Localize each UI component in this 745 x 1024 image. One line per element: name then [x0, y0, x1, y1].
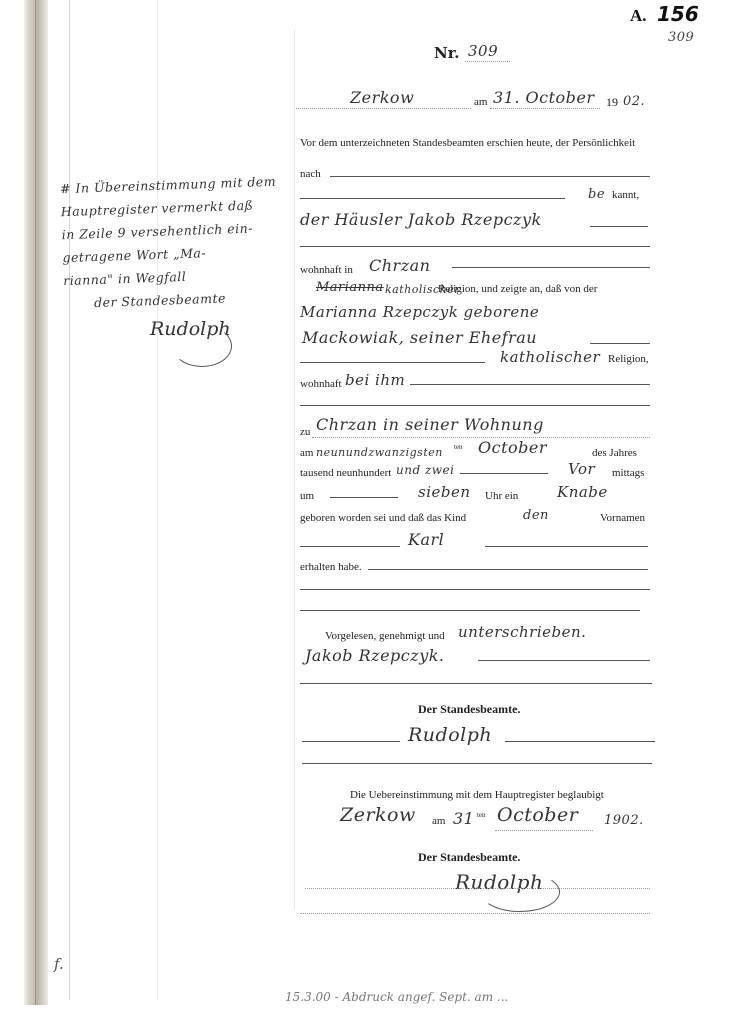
official-signature: Rudolph — [408, 724, 492, 746]
um-line — [330, 497, 398, 498]
certification-month: October — [497, 804, 578, 826]
dateline-date-line — [490, 108, 600, 109]
bekannt-line — [300, 198, 565, 199]
mother-line-2: Mackowiak, seiner Ehefrau — [302, 328, 537, 347]
mother-religion-rule — [300, 362, 485, 363]
ampm-value: Vor — [568, 460, 595, 478]
blank-line-2 — [300, 610, 640, 611]
residence-label: wohnhaft in — [300, 264, 353, 276]
mother-residence-label: wohnhaft — [300, 378, 342, 390]
dateline-year-prefix: 19 — [606, 95, 618, 110]
margin-correction-note: # In Übereinstimmung mit dem Hauptregist… — [60, 169, 305, 315]
margin-signature-flourish-icon — [172, 325, 232, 367]
hour-value: sieben — [418, 483, 471, 501]
year-label: des Jahres — [592, 447, 637, 459]
certification-day-suffix: ten — [477, 811, 486, 819]
official-title: Der Standesbeamte. — [418, 702, 520, 717]
certification-official-title: Der Standesbeamte. — [418, 850, 520, 865]
official-signature-line-left — [302, 741, 400, 742]
official-signature-line-right — [505, 741, 655, 742]
informant-signature: Jakob Rzepczyk. — [305, 646, 445, 665]
register-nr-value: 309 — [468, 42, 498, 60]
archive-prefix: A. — [630, 6, 647, 26]
vorgelesen-label: Vorgelesen, genehmigt und — [325, 630, 445, 642]
religion-struck-word: Marianna — [316, 280, 384, 295]
informant-line — [590, 226, 648, 227]
archive-number: 156 — [657, 2, 699, 26]
mother-residence-line — [410, 384, 650, 385]
page-mark: f. — [54, 955, 64, 973]
year-line — [460, 473, 548, 474]
known-printed: kannt, — [612, 189, 639, 201]
den-value: den — [523, 508, 549, 523]
closing-line — [300, 683, 652, 684]
birth-place-label: zu — [300, 426, 310, 438]
dateline-am-label: am — [474, 96, 487, 108]
birth-place: Chrzan in seiner Wohnung — [316, 415, 544, 434]
birth-date-label: am — [300, 447, 313, 459]
vornamen-label: Vornamen — [600, 512, 645, 524]
nach-label: nach — [300, 168, 321, 180]
born-label: geboren worden sei und daß das Kind — [300, 512, 466, 524]
mittags-label: mittags — [612, 467, 644, 479]
uhr-label: Uhr ein — [485, 490, 518, 502]
child-sex: Knabe — [557, 483, 608, 501]
margin-rule-inner — [157, 0, 158, 1000]
known-handwritten: be — [588, 187, 605, 202]
thousand-label: tausend neunhundert — [300, 467, 391, 479]
birth-day-suffix: ten — [454, 443, 463, 451]
footer-pencil-note: 15.3.00 - Abdruck angef. Sept. am ... — [285, 990, 508, 1004]
certification-day: 31 — [453, 809, 474, 828]
certification-line-2 — [300, 913, 650, 914]
certification-text: Die Uebereinstimmung mit dem Hauptregist… — [350, 789, 604, 801]
informant-name: der Häusler Jakob Rzepczyk — [300, 210, 542, 229]
child-name-line-right — [485, 546, 648, 547]
official-bottom-line — [302, 763, 652, 764]
certification-place: Zerkow — [340, 804, 416, 826]
certification-line-1 — [305, 888, 650, 889]
column-rule — [294, 30, 295, 910]
margin-rule — [69, 0, 70, 1000]
blank-line-1 — [300, 589, 650, 590]
archive-sub-number: 309 — [668, 30, 694, 45]
birth-day: neunundzwanzigsten — [316, 446, 443, 459]
child-name: Karl — [408, 530, 444, 549]
signature-flourish-icon — [480, 872, 560, 912]
year-handwritten: und zwei — [396, 463, 455, 477]
certification-am-label: am — [432, 815, 445, 827]
child-name-line-left — [300, 546, 400, 547]
dateline-year-suffix: 02. — [623, 94, 645, 109]
mother-residence-line-2 — [300, 405, 650, 406]
dateline-date: 31. October — [493, 88, 595, 107]
dateline-place: Zerkow — [350, 88, 414, 107]
register-nr-label: Nr. — [434, 44, 459, 62]
certification-month-line — [495, 830, 593, 831]
erhalten-label: erhalten habe. — [300, 561, 362, 573]
um-label: um — [300, 490, 314, 502]
religion-printed: Religion, und zeigte an, daß von der — [438, 283, 597, 295]
birth-month: October — [478, 438, 547, 457]
register-nr-underline — [465, 61, 510, 62]
mother-residence: bei ihm — [345, 371, 405, 389]
informant-line-2 — [300, 246, 650, 247]
intro-text: Vor dem unterzeichneten Standesbeamten e… — [300, 137, 635, 149]
residence-value: Chrzan — [369, 256, 430, 275]
nach-line — [330, 176, 650, 177]
mother-religion: katholischer — [500, 348, 600, 366]
page-binding-edge — [24, 0, 48, 1005]
mother-line-2-rule — [590, 343, 650, 344]
certification-year: 1902. — [604, 813, 644, 828]
informant-signature-line — [478, 660, 650, 661]
residence-line — [452, 267, 650, 268]
erhalten-line — [368, 569, 648, 570]
unterschrieben-value: unterschrieben. — [458, 623, 586, 641]
mother-religion-label: Religion, — [608, 353, 649, 365]
mother-line-1: Marianna Rzepczyk geborene — [300, 303, 539, 321]
dateline-place-line — [296, 108, 471, 109]
